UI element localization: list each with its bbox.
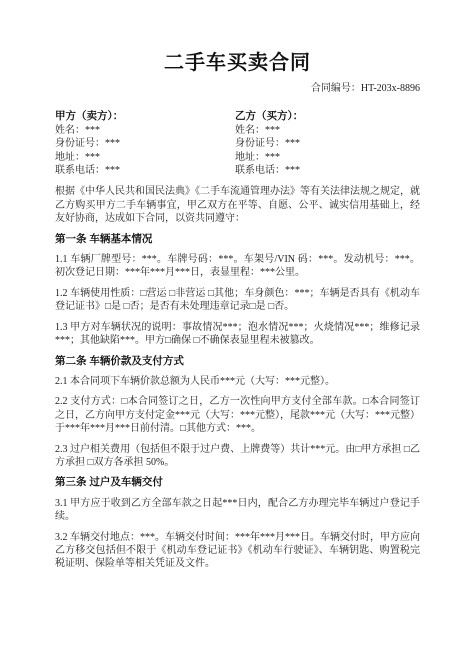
contract-number: 合同编号：HT-203x-8896 [55,82,420,95]
party-a-address: 地址：*** [55,151,235,164]
clause-2-3: 2.3 过户相关费用（包括但不限于过户费、上牌费等）共计***元。由□甲方承担 … [55,443,420,470]
parties-block: 甲方（卖方）： 姓名：*** 身份证号：*** 地址：*** 联系电话：*** … [55,110,420,177]
clause-3-1: 3.1 甲方应于收到乙方全部车款之日起***日内，配合乙方办理完毕车辆过户登记手… [55,497,420,524]
clause-2-2: 2.2 支付方式：□本合同签订之日，乙方一次性向甲方支付全部车款。□本合同签订之… [55,395,420,435]
section-1-heading: 第一条 车辆基本情况 [55,233,420,246]
party-a-column: 甲方（卖方）： 姓名：*** 身份证号：*** 地址：*** 联系电话：*** [55,110,235,177]
clause-3-2: 3.2 车辆交付地点：***。车辆交付时间：***年***月***日。车辆交付时… [55,531,420,571]
party-b-phone: 联系电话：*** [235,164,415,177]
contract-document-page: 二手车买卖合同 合同编号：HT-203x-8896 甲方（卖方）： 姓名：***… [0,0,463,655]
party-a-id-number: 身份证号：*** [55,137,235,150]
party-b-name: 姓名：*** [235,124,415,137]
clause-1-1: 1.1 车辆厂牌型号：***。车牌号码：***。车架号/VIN 码：***。发动… [55,253,420,280]
clause-2-1: 2.1 本合同项下车辆价款总额为人民币***元（大写：***元整）。 [55,375,420,388]
section-2-heading: 第二条 车辆价款及支付方式 [55,355,420,368]
party-a-phone: 联系电话：*** [55,164,235,177]
clause-1-3: 1.3 甲方对车辆状况的说明：事故情况***；泡水情况***；火烧情况***；维… [55,321,420,348]
party-a-heading: 甲方（卖方）： [55,110,235,123]
party-a-name: 姓名：*** [55,124,235,137]
document-title: 二手车买卖合同 [55,50,420,76]
section-3-heading: 第三条 过户及车辆交付 [55,476,420,489]
party-b-column: 乙方（买方）： 姓名：*** 身份证号：*** 地址：*** 联系电话：*** [235,110,415,177]
party-b-heading: 乙方（买方）： [235,110,415,123]
clause-1-2: 1.2 车辆使用性质：□营运 □非营运 □其他；车身颜色：***；车辆是否具有《… [55,287,420,314]
preamble-paragraph: 根据《中华人民共和国民法典》《二手车流通管理办法》等有关法律法规之规定，就乙方购… [55,185,420,225]
party-b-address: 地址：*** [235,151,415,164]
party-b-id-number: 身份证号：*** [235,137,415,150]
